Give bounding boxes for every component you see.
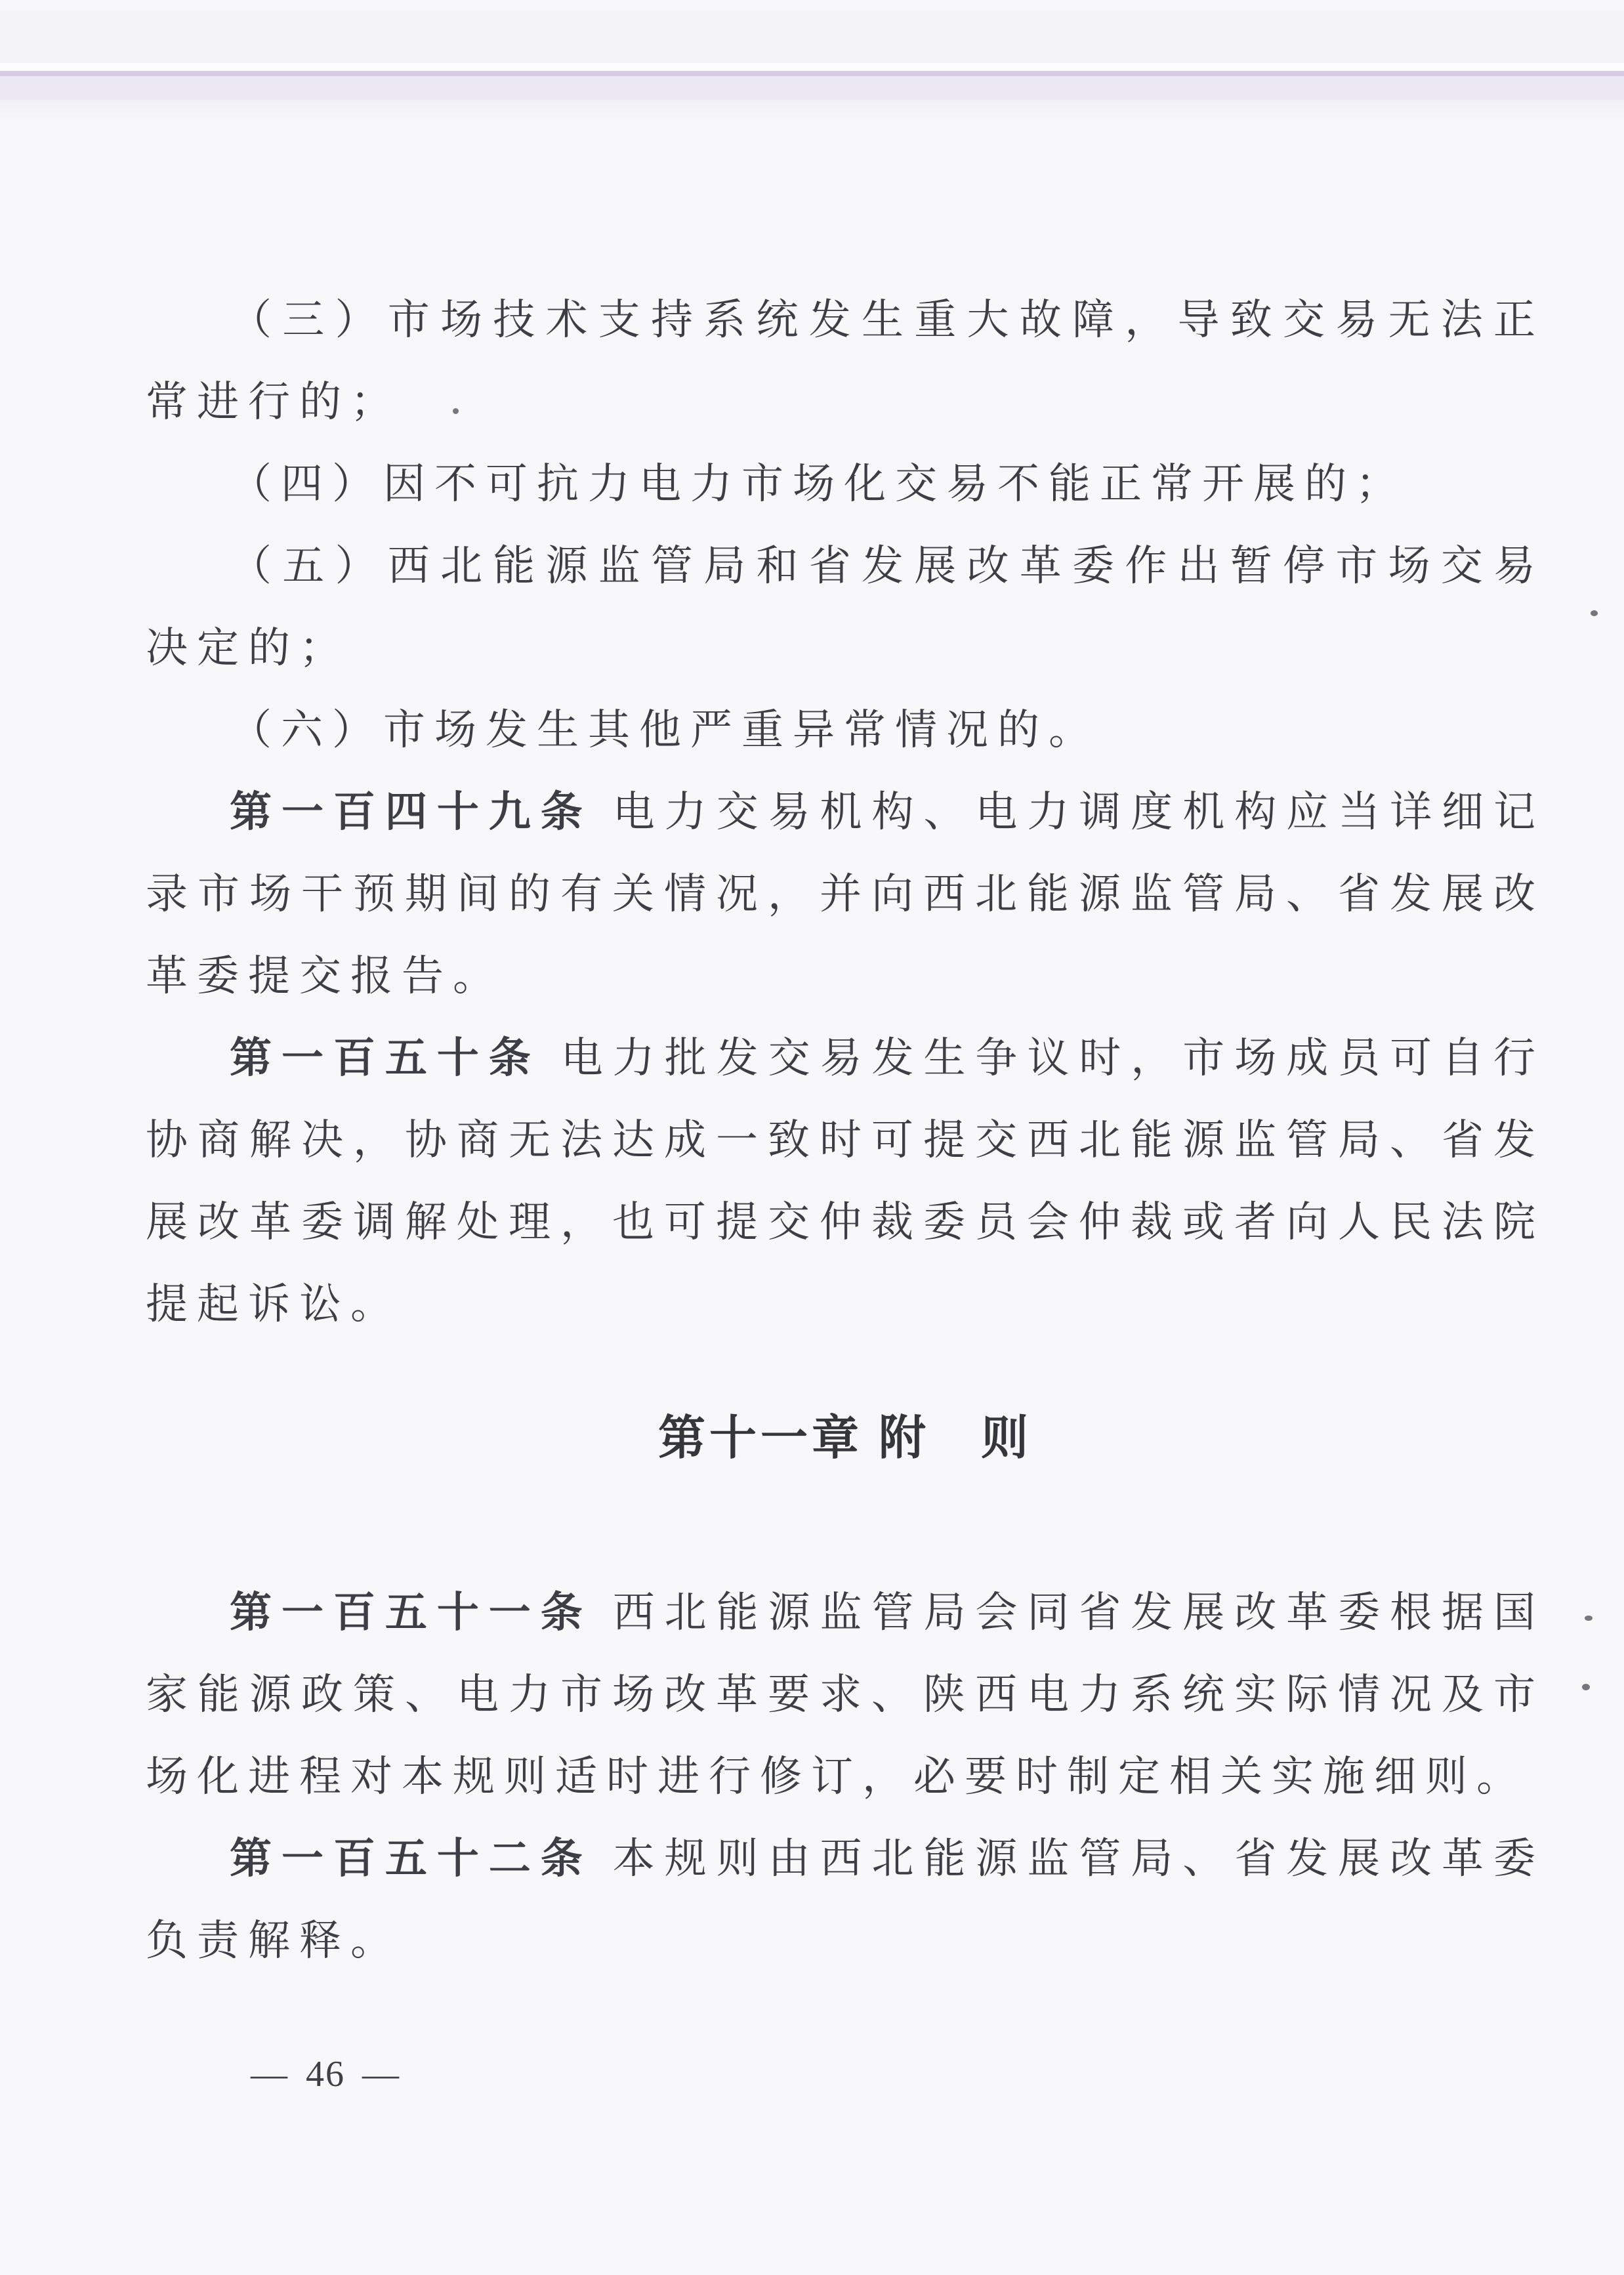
scan-artifact-white-gap xyxy=(0,63,1624,71)
article-paragraph: 第一百五十条 电力批发交易发生争议时，市场成员可自行协商解决，协商无法达成一致时… xyxy=(146,1017,1545,1345)
page-number: 46 xyxy=(306,2054,345,2095)
scan-artifact-lavender-band xyxy=(0,76,1624,100)
article-paragraph: 第一百五十一条 西北能源监管局会同省发展改革委根据国家能源政策、电力市场改革要求… xyxy=(146,1572,1545,1818)
scan-artifact-fade xyxy=(0,100,1624,122)
list-item-paragraph: （三）市场技术支持系统发生重大故障，导致交易无法正常进行的； xyxy=(146,279,1545,443)
list-item-paragraph: （六）市场发生其他严重异常情况的。 xyxy=(146,689,1545,771)
list-item-paragraph: （五）西北能源监管局和省发展改革委作出暂停市场交易决定的； xyxy=(146,525,1545,689)
footer-dash-right: — xyxy=(362,2054,400,2095)
article-number: 第一百五十条 xyxy=(230,1035,541,1081)
scan-speck xyxy=(1591,610,1598,616)
scan-speck xyxy=(1582,1684,1590,1690)
scan-speck xyxy=(1585,1616,1593,1621)
page-footer: —46— xyxy=(251,2051,400,2097)
article-number: 第一百五十二条 xyxy=(230,1835,593,1882)
scan-artifact-purple-line xyxy=(0,71,1624,76)
scan-speck xyxy=(453,408,459,414)
chapter-heading: 第十一章 附 则 xyxy=(146,1398,1545,1480)
list-item-paragraph: （四）因不可抗力电力市场化交易不能正常开展的； xyxy=(146,443,1545,525)
article-number: 第一百五十一条 xyxy=(230,1589,593,1636)
article-number: 第一百四十九条 xyxy=(230,789,593,835)
article-paragraph: 第一百五十二条 本规则由西北能源监管局、省发展改革委负责解释。 xyxy=(146,1818,1545,1982)
scan-artifact-band-top xyxy=(0,10,1624,63)
article-paragraph: 第一百四十九条 电力交易机构、电力调度机构应当详细记录市场干预期间的有关情况，并… xyxy=(146,771,1545,1017)
document-body: （三）市场技术支持系统发生重大故障，导致交易无法正常进行的；（四）因不可抗力电力… xyxy=(146,279,1545,1982)
footer-dash-left: — xyxy=(251,2054,289,2095)
scanned-document-page: （三）市场技术支持系统发生重大故障，导致交易无法正常进行的；（四）因不可抗力电力… xyxy=(0,0,1624,2275)
